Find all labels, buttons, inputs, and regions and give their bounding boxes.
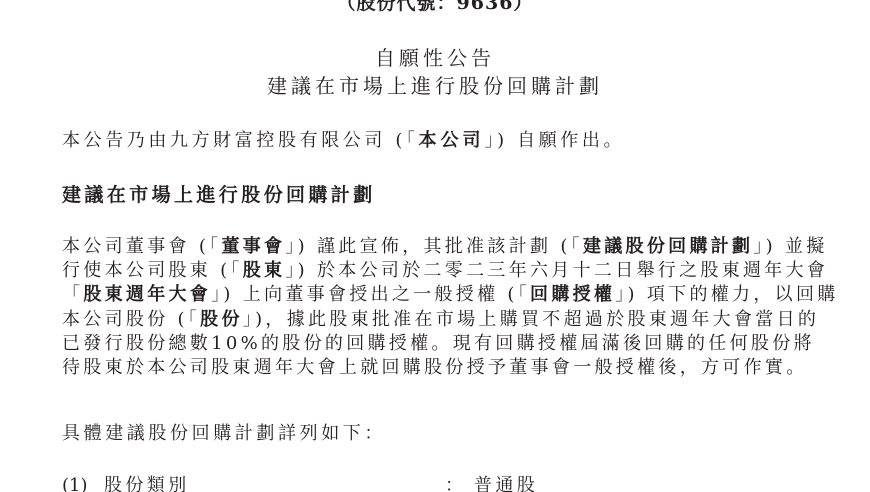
announcement-type-title: 自願性公告	[0, 45, 870, 71]
text-segment: 」) 項下的權力，以回購	[615, 284, 838, 305]
text-segment: 」) 並擬	[753, 236, 827, 257]
defined-term: 股東週年大會	[83, 284, 211, 305]
body-line: 本公司董事會 (「董事會」) 謹此宣佈，其批准該計劃 (「建議股份回購計劃」) …	[62, 235, 822, 259]
body-line: 已發行股份總數10%的股份的回購授權。現有回購授權屆滿後回購的任何股份將	[62, 332, 822, 356]
defined-term: 回購授權	[530, 284, 615, 305]
intro-defined-term: 本公司	[419, 130, 485, 151]
text-segment: 已發行股份總數10%的股份的回購授權。現有回購授權屆滿後回購的任何股份將	[62, 333, 815, 354]
defined-term: 建議股份回購計劃	[583, 236, 753, 257]
section-heading: 建議在市場上進行股份回購計劃	[62, 182, 376, 208]
text-segment: 」)，據此股東批准在市場上購買不超過於股東週年大會當日的	[243, 309, 819, 330]
announcement-page: （股份代號：9636） 自願性公告 建議在市場上進行股份回購計劃 本公告乃由九方…	[0, 0, 870, 492]
text-segment: 「	[62, 284, 83, 305]
list-item-value: 普通股	[474, 474, 538, 492]
detail-list-item: (1) 股份類別 ： 普通股	[0, 474, 870, 492]
intro-paragraph: 本公告乃由九方財富控股有限公司 (「本公司」) 自願作出。	[62, 129, 822, 153]
text-segment: 本公司董事會 (「	[62, 236, 221, 257]
stock-code: （股份代號：9636）	[0, 0, 870, 15]
defined-term: 董事會	[221, 236, 285, 257]
body-line: 本公司股份 (「股份」)，據此股東批准在市場上購買不超過於股東週年大會當日的	[62, 308, 822, 332]
text-segment: 待股東於本公司股東週年大會上就回購股份授予董事會一般授權後，方可作實。	[62, 357, 808, 378]
body-line: 「股東週年大會」) 上向董事會授出之一般授權 (「回購授權」) 項下的權力，以回…	[62, 283, 822, 307]
intro-text-after: 」) 自願作出。	[485, 130, 626, 151]
body-line: 行使本公司股東 (「股東」) 於本公司於二零二三年六月十二日舉行之股東週年大會	[62, 259, 822, 283]
text-segment: 」) 於本公司於二零二三年六月十二日舉行之股東週年大會	[285, 260, 828, 281]
text-segment: 行使本公司股東 (「	[62, 260, 243, 281]
list-item-label: 股份類別	[104, 474, 190, 492]
text-segment: 本公司股份 (「	[62, 309, 200, 330]
intro-text-before: 本公告乃由九方財富控股有限公司 (「	[62, 130, 419, 151]
details-intro: 具體建議股份回購計劃詳列如下：	[62, 422, 822, 446]
text-segment: 」) 上向董事會授出之一般授權 (「	[211, 284, 530, 305]
list-item-number: (1)	[62, 474, 88, 492]
body-line: 待股東於本公司股東週年大會上就回購股份授予董事會一般授權後，方可作實。	[62, 356, 822, 380]
text-segment: 」) 謹此宣佈，其批准該計劃 (「	[285, 236, 583, 257]
section-body-paragraph: 本公司董事會 (「董事會」) 謹此宣佈，其批准該計劃 (「建議股份回購計劃」) …	[62, 235, 822, 380]
defined-term: 股東	[243, 260, 286, 281]
defined-term: 股份	[200, 309, 243, 330]
announcement-subject-title: 建議在市場上進行股份回購計劃	[0, 73, 870, 99]
list-item-colon: ：	[445, 474, 466, 492]
